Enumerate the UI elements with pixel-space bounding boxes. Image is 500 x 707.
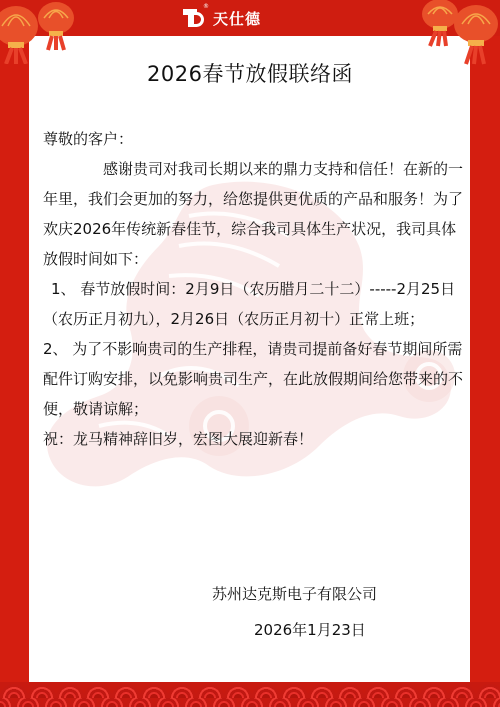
lantern-icon xyxy=(36,0,76,52)
red-wave-footer-pattern xyxy=(0,682,500,707)
intro-paragraph: 感谢贵司对我司长期以来的鼎力支持和信任！在新的一年里，我们会更加的努力，给您提供… xyxy=(43,154,463,274)
letter-date: 2026年1月23日 xyxy=(254,619,366,640)
lantern-icon xyxy=(452,4,500,66)
company-signature: 苏州达克斯电子有限公司 xyxy=(212,583,377,605)
brand: ® 天仕德 xyxy=(183,5,261,31)
registered-mark: ® xyxy=(203,3,209,10)
holiday-item-1: 1、 春节放假时间：2月9日（农历腊月二十二）-----2月25日（农历正月初九… xyxy=(43,274,463,334)
letter-body: 尊敬的客户： 感谢贵司对我司长期以来的鼎力支持和信任！在新的一年里，我们会更加的… xyxy=(43,124,463,454)
blessing: 祝：龙马精神辞旧岁，宏图大展迎新春！ xyxy=(43,424,463,454)
salutation: 尊敬的客户： xyxy=(43,124,463,154)
holiday-item-2: 2、 为了不影响贵司的生产排程，请贵司提前备好春节期间所需配件订购安排，以免影响… xyxy=(43,334,463,424)
brand-name: 天仕德 xyxy=(213,8,261,29)
brand-logo-icon: ® xyxy=(183,7,205,29)
document-title: 2026春节放假联络函 xyxy=(0,58,500,88)
